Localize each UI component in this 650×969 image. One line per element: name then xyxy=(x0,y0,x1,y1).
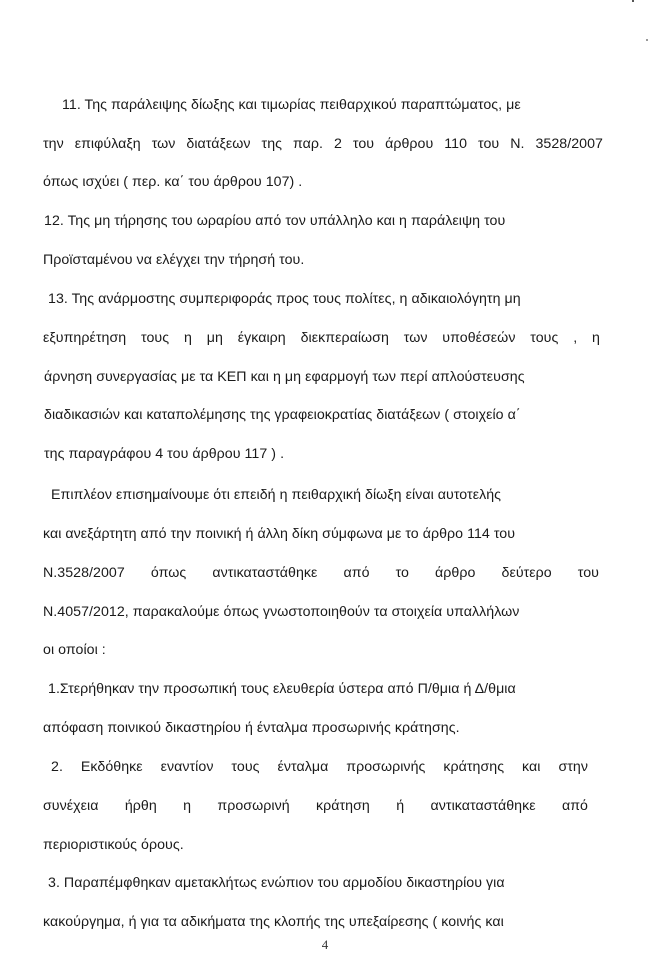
text-line-paragraph-start: Επιπλέον επισημαίνουμε ότι επειδή η πειθ… xyxy=(51,486,593,504)
scan-speck xyxy=(632,0,634,2)
text-line: εξυπηρέτηση τους η μη έγκαιρη διεκπεραίω… xyxy=(43,329,600,347)
text-line: Ν.3528/2007 όπως αντικαταστάθηκε από το … xyxy=(43,564,599,582)
text-line: της παραγράφου 4 του άρθρου 117 ) . xyxy=(44,445,604,463)
text-line: διαδικασιών και καταπολέμησης της γραφει… xyxy=(44,406,600,424)
text-line-item-12: 12. Της μη τήρησης του ωραρίου από τον υ… xyxy=(44,212,600,230)
text-line: συνέχεια ήρθη η προσωρινή κράτηση ή αντι… xyxy=(43,797,588,815)
text-line: την επιφύλαξη των διατάξεων της παρ. 2 τ… xyxy=(43,135,603,153)
text-line: όπως ισχύει ( περ. κα΄ του άρθρου 107) . xyxy=(43,173,603,191)
scan-speck xyxy=(646,39,648,41)
text-line: Ν.4057/2012, παρακαλούμε όπως γνωστοποιη… xyxy=(43,603,599,621)
text-line: κακούργημα, ή για τα αδικήματα της κλοπή… xyxy=(43,913,599,931)
page-number: 4 xyxy=(0,937,650,953)
text-line: οι οποίοι : xyxy=(43,641,603,659)
text-line-list-item-2: 2. Εκδόθηκε εναντίον τους ένταλμα προσωρ… xyxy=(51,758,588,776)
text-line: περιοριστικούς όρους. xyxy=(43,836,603,854)
text-line: και ανεξάρτητη από την ποινική ή άλλη δί… xyxy=(43,525,599,543)
text-line-item-11: 11. Της παράλειψης δίωξης και τιμωρίας π… xyxy=(62,96,602,114)
text-line: άρνηση συνεργασίας με τα ΚΕΠ και η μη εφ… xyxy=(44,368,594,386)
text-line: Προϊσταμένου να ελέγχει την τήρησή του. xyxy=(43,251,603,269)
text-line: απόφαση ποινικού δικαστηρίου ή ένταλμα π… xyxy=(43,719,603,737)
text-line-list-item-1: 1.Στερήθηκαν την προσωπική τους ελευθερί… xyxy=(48,680,594,698)
document-page: 11. Της παράλειψης δίωξης και τιμωρίας π… xyxy=(0,0,650,969)
text-line-item-13: 13. Της ανάρμοστης συμπεριφοράς προς του… xyxy=(48,290,600,308)
text-line-list-item-3: 3. Παραπέμφθηκαν αμετακλήτως ενώπιον του… xyxy=(48,874,594,892)
